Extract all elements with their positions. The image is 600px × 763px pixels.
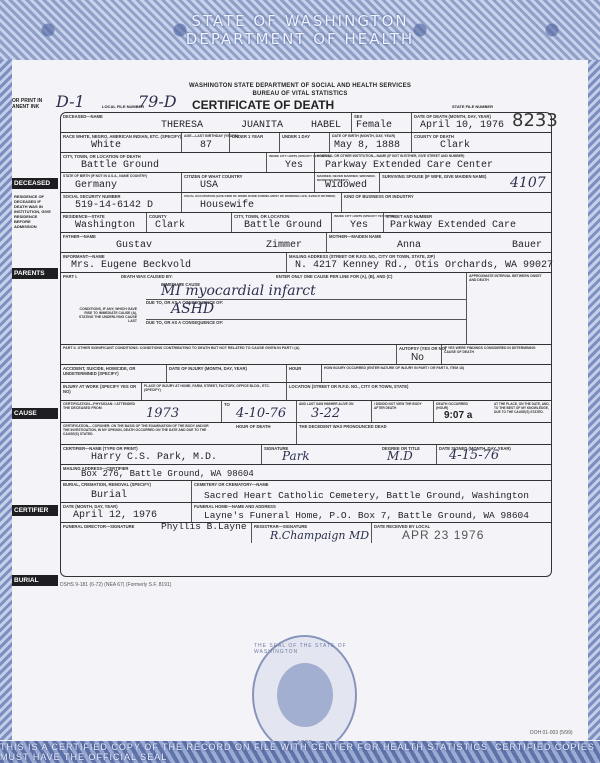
findings-label: IF YES WERE FINDINGS CONSIDERED IN DETER… [444, 346, 548, 354]
coroner-cell: CERTIFICATION— CORONER: ON THE BASIS OF … [61, 423, 296, 444]
cause-a: MI myocardial infarct [161, 283, 316, 299]
row-place-death: CITY, TOWN, OR LOCATION OF DEATH Battle … [61, 153, 551, 173]
margin-cause: CAUSE [12, 408, 58, 419]
place-cell: PLACE OF INJURY AT HOME, FARM, STREET, F… [141, 383, 286, 400]
last-name: HABEL [311, 120, 341, 131]
row-parents: FATHER—NAME Gustav Zimmer MOTHER—MAIDEN … [61, 233, 551, 253]
row-certifier-address: MAILING ADDRESS—CERTIFIER Box 276, Battl… [61, 465, 551, 481]
informant-label: INFORMANT—NAME [63, 254, 105, 259]
right-border [588, 60, 600, 740]
county-death-label: COUNTY OF DEATH [414, 134, 454, 139]
certifier-name-cell: CERTIFIER—NAME (TYPE OR PRINT) Harry C.S… [61, 445, 261, 464]
informant-cell: INFORMANT—NAME Mrs. Eugene Beckvold [61, 253, 286, 272]
how-cell: HOW INJURY OCCURRED (ENTER NATURE OF INJ… [321, 365, 553, 382]
state-seal: THE SEAL OF THE STATE OF WASHINGTON 1889 [252, 635, 357, 755]
sex-cell: SEX Female [351, 113, 411, 132]
dod-label: DATE OF DEATH (MONTH, DAY, YEAR) [414, 114, 491, 119]
at-work-label: INJURY AT WORK (SPECIFY YES OR NO) [63, 384, 138, 394]
res-inside-value: Yes [350, 220, 368, 231]
age-cell: AGE—LAST BIRTHDAY (YEARS) 87 [181, 133, 229, 152]
state-banner: STATE OF WASHINGTON DEPARTMENT OF HEALTH [0, 0, 600, 60]
pronounced-cell: THE DECEDENT WAS PRONOUNCED DEAD [296, 423, 553, 444]
mailing-cell: MAILING ADDRESS (STREET OR R.F.D. NO., C… [286, 253, 553, 272]
certifier-name-label: CERTIFIER—NAME (TYPE OR PRINT) [63, 446, 138, 451]
injury-date-label: DATE OF INJURY (MONTH, DAY, YEAR) [169, 366, 247, 371]
occurred-cell: DEATH OCCURRED (HOUR) 9:07 a AT THE PLAC… [433, 401, 553, 422]
father-cell: FATHER—NAME Gustav Zimmer [61, 233, 326, 252]
mailing-label: MAILING ADDRESS (STREET OR R.F.D. NO., C… [289, 254, 435, 259]
certified-copy-text: THIS IS A CERTIFIED COPY OF THE RECORD O… [0, 742, 600, 762]
race-cell: RACE WHITE, NEGRO, AMERICAN INDIAN, ETC.… [61, 133, 181, 152]
part2-cell: PART II. OTHER SIGNIFICANT CONDITIONS: C… [61, 345, 396, 364]
registrar-signature: R.Champaign MD [270, 529, 369, 542]
local-file-number: 79-D [138, 92, 177, 111]
citizen-value: USA [200, 180, 218, 191]
inside-limits-cell: INSIDE CITY LIMITS (SPECIFY YES OR NO) Y… [266, 153, 314, 172]
director-cell: FUNERAL DIRECTOR—SIGNATURE Phyllis B.Lay… [61, 523, 251, 543]
certifier-signature: Park [282, 449, 310, 463]
received-stamp: APR 23 1976 [402, 528, 484, 542]
res-street-cell: STREET AND NUMBER Parkway Extended Care [383, 213, 553, 232]
certifier-address-cell: MAILING ADDRESS—CERTIFIER Box 276, Battl… [61, 465, 553, 480]
injury-location-label: LOCATION (STREET OR R.F.D. NO., CITY OR … [289, 384, 408, 389]
residence-note: RESIDENCE OF DECEASED IF DEATH WAS IN IN… [14, 194, 54, 229]
row-coroner: CERTIFICATION— CORONER: ON THE BASIS OF … [61, 423, 551, 445]
res-street-label: STREET AND NUMBER [386, 214, 432, 219]
row-physician: CERTIFICATION—PHYSICIAN: I ATTENDED THE … [61, 401, 551, 423]
ssn-cell: SOCIAL SECURITY NUMBER 519-14-6142 D [61, 193, 181, 212]
cemetery-label: CEMETERY OR CREMATORY—NAME [194, 482, 269, 487]
occurred-value: 9:07 a [444, 410, 472, 421]
director-name: Phyllis B.Layne [161, 521, 247, 532]
dob-value: May 8, 1888 [334, 140, 400, 151]
citizen-cell: CITIZEN OF WHAT COUNTRY USA [181, 173, 314, 192]
name-label: DECEASED—NAME [63, 114, 103, 119]
interval-label: APPROXIMATE INTERVAL BETWEEN ONSET AND D… [469, 274, 549, 282]
dob-cell: DATE OF BIRTH (MONTH, DAY, YEAR) May 8, … [329, 133, 411, 152]
death-certificate-form: DECEASED—NAME THERESA JUANITA HABEL SEX … [60, 112, 552, 577]
degree-value: M.D [387, 449, 413, 463]
margin-deceased: DECEASED [12, 178, 58, 189]
form-code: DSHS 9-181 (6-72) (NEA 67) (Formerly S.F… [60, 582, 171, 588]
received-cell: DATE RECEIVED BY LOCAL APR 23 1976 [371, 523, 553, 543]
row-cause-part1: PART I. DEATH WAS CAUSED BY: ENTER ONLY … [61, 273, 551, 345]
title-row: OR PRINT IN ANENT INK D-1 LOCAL FILE NUM… [12, 98, 588, 112]
cemetery-value: Sacred Heart Catholic Cemetery, Battle G… [204, 490, 529, 501]
city-death-cell: CITY, TOWN, OR LOCATION OF DEATH Battle … [61, 153, 266, 172]
place-label: PLACE OF INJURY AT HOME, FARM, STREET, F… [144, 384, 284, 392]
banner-line-2: DEPARTMENT OF HEALTH [186, 30, 414, 48]
part1-label: PART I. [63, 274, 78, 279]
dod-cell: DATE OF DEATH (MONTH, DAY, YEAR) April 1… [411, 113, 553, 132]
hospital-cell: HOSPITAL OR OTHER INSTITUTION—NAME (IF N… [314, 153, 553, 172]
age-value: 87 [200, 140, 212, 151]
funeral-home-label: FUNERAL HOME—NAME AND ADDRESS [194, 504, 276, 509]
part2-label: PART II. OTHER SIGNIFICANT CONDITIONS: C… [63, 346, 299, 350]
row-certifier-name: CERTIFIER—NAME (TYPE OR PRINT) Harry C.S… [61, 445, 551, 465]
ssn-value: 519-14-6142 D [75, 200, 153, 211]
burial-date: April 12, 1976 [73, 510, 157, 521]
father-last: Zimmer [266, 240, 302, 251]
bureau-name: BUREAU OF VITAL STATISTICS [12, 90, 588, 98]
last-seen-cell: AND LAST SAW HIM/HER ALIVE ON 3-22 [296, 401, 371, 422]
res-state-value: Washington [75, 220, 135, 231]
physician-from-cell: CERTIFICATION—PHYSICIAN: I ATTENDED THE … [61, 401, 221, 422]
row-race: RACE WHITE, NEGRO, AMERICAN INDIAN, ETC.… [61, 133, 551, 153]
knowledge-label: AT THE PLACE, ON THE DATE, AND, TO THE B… [494, 402, 552, 414]
washington-portrait-icon [277, 663, 333, 727]
dob-label: DATE OF BIRTH (MONTH, DAY, YEAR) [332, 134, 395, 138]
date-signed-cell: DATE SIGNED (MONTH, DAY, YEAR) 4-15-76 [436, 445, 553, 464]
row-ssn: SOCIAL SECURITY NUMBER 519-14-6142 D USU… [61, 193, 551, 213]
business-cell: KIND OF BUSINESS OR INDUSTRY [341, 193, 553, 212]
citizen-label: CITIZEN OF WHAT COUNTRY [184, 174, 242, 179]
certified-copy-band: THIS IS A CERTIFIED COPY OF THE RECORD O… [0, 741, 600, 763]
interval-cell: APPROXIMATE INTERVAL BETWEEN ONSET AND D… [466, 273, 553, 344]
res-city-label: CITY, TOWN, OR LOCATION [234, 214, 289, 219]
spouse-label: SURVIVING SPOUSE (IF WIFE, GIVE MAIDEN N… [382, 174, 486, 179]
autopsy-label: AUTOPSY (YES OR NO) [399, 346, 446, 351]
left-border [0, 60, 12, 740]
registrar-cell: REGISTRAR—SIGNATURE R.Champaign MD [251, 523, 371, 543]
business-label: KIND OF BUSINESS OR INDUSTRY [344, 194, 414, 199]
coroner-label: CERTIFICATION— CORONER: ON THE BASIS OF … [63, 424, 213, 436]
physician-to-cell: TO 4-10-76 [221, 401, 296, 422]
burial-method: Burial [91, 490, 127, 501]
signature-cell: SIGNATURE Park DEGREE OR TITLE M.D [261, 445, 436, 464]
father-label: FATHER—NAME [63, 234, 96, 239]
row-burial: BURIAL, CREMATION, REMOVAL (SPECIFY) Bur… [61, 481, 551, 503]
res-state-label: RESIDENCE—STATE [63, 214, 105, 219]
race-label: RACE WHITE, NEGRO, AMERICAN INDIAN, ETC.… [63, 134, 181, 139]
row-name: DECEASED—NAME THERESA JUANITA HABEL SEX … [61, 113, 551, 133]
under1day-label: UNDER 1 DAY [282, 134, 310, 139]
pronounced-label: THE DECEDENT WAS PRONOUNCED DEAD [299, 424, 387, 429]
under1-cell: UNDER 1 YEAR [229, 133, 279, 152]
injury-date-cell: DATE OF INJURY (MONTH, DAY, YEAR) [166, 365, 286, 382]
autopsy-cell: AUTOPSY (YES OR NO) No [396, 345, 441, 364]
row-funeral-home: DATE (MONTH, DAY, YEAR) April 12, 1976 F… [61, 503, 551, 523]
res-city-cell: CITY, TOWN, OR LOCATION Battle Ground [231, 213, 331, 232]
burial-date-cell: DATE (MONTH, DAY, YEAR) April 12, 1976 [61, 503, 191, 522]
cause-cell: PART I. DEATH WAS CAUSED BY: ENTER ONLY … [61, 273, 466, 344]
doc-code: DOH 01-003 (5/99) [530, 730, 573, 736]
under1-label: UNDER 1 YEAR [232, 134, 263, 139]
ssn-label: SOCIAL SECURITY NUMBER [63, 194, 121, 199]
row-residence: RESIDENCE—STATE Washington COUNTY Clark … [61, 213, 551, 233]
dod-value: April 10, 1976 [420, 120, 504, 131]
accident-cell: ACCIDENT, SUICIDE, HOMICIDE, OR UNDETERM… [61, 365, 166, 382]
injury-hour-label: HOUR [289, 366, 301, 371]
director-label: FUNERAL DIRECTOR—SIGNATURE [63, 524, 134, 529]
margin-parents: PARENTS [12, 268, 58, 279]
occurred-label: DEATH OCCURRED (HOUR) [436, 402, 476, 410]
birthplace-cell: STATE OF BIRTH (IF NOT IN U.S.A., NAME C… [61, 173, 181, 192]
father-first: Gustav [116, 240, 152, 251]
ink-label: OR PRINT IN ANENT INK [12, 98, 52, 110]
county-death-value: Clark [440, 140, 470, 151]
marital-cell: MARRIED, NEVER MARRIED, WIDOWED, DIVORCE… [314, 173, 379, 192]
seal-text: THE SEAL OF THE STATE OF WASHINGTON [254, 643, 355, 655]
date-signed-value: 4-15-76 [449, 448, 499, 463]
res-county-value: Clark [155, 220, 185, 231]
city-death-value: Battle Ground [81, 160, 159, 171]
row-informant: INFORMANT—NAME Mrs. Eugene Beckvold MAIL… [61, 253, 551, 273]
mailing-value: N. 4217 Kenney Rd., Otis Orchards, WA 99… [295, 260, 553, 271]
header-agency: WASHINGTON STATE DEPARTMENT OF SOCIAL AN… [12, 82, 588, 98]
funeral-home-value: Layne's Funeral Home, P.O. Box 7, Battle… [204, 510, 529, 521]
hospital-value: Parkway Extended Care Center [325, 160, 493, 171]
res-county-label: COUNTY [149, 214, 167, 219]
hospital-label: HOSPITAL OR OTHER INSTITUTION—NAME (IF N… [317, 154, 464, 158]
at-work-cell: INJURY AT WORK (SPECIFY YES OR NO) [61, 383, 141, 400]
inside-limits-value: Yes [285, 160, 303, 171]
informant-value: Mrs. Eugene Beckvold [71, 260, 191, 271]
name-cell: DECEASED—NAME THERESA JUANITA HABEL [61, 113, 351, 132]
findings-cell: IF YES WERE FINDINGS CONSIDERED IN DETER… [441, 345, 553, 364]
row-injury-work: INJURY AT WORK (SPECIFY YES OR NO) PLACE… [61, 383, 551, 401]
res-city-value: Battle Ground [244, 220, 322, 231]
first-name: THERESA [161, 120, 203, 131]
mother-last: Bauer [512, 240, 542, 251]
attended-to: 4-10-76 [236, 406, 286, 421]
certifier-address: Box 276, Battle Ground, WA 98604 [81, 469, 254, 479]
mother-first: Anna [397, 240, 421, 251]
mother-label: MOTHER—MAIDEN NAME [329, 234, 381, 239]
cause-b: ASHD [171, 301, 214, 317]
sex-value: Female [356, 120, 392, 131]
burial-date-label: DATE (MONTH, DAY, YEAR) [63, 504, 118, 509]
under1day-cell: UNDER 1 DAY [279, 133, 329, 152]
state-file-label: STATE FILE NUMBER [452, 104, 493, 109]
spouse-cell: SURVIVING SPOUSE (IF WIFE, GIVE MAIDEN N… [379, 173, 553, 192]
middle-name: JUANITA [241, 120, 283, 131]
accident-label: ACCIDENT, SUICIDE, HOMICIDE, OR UNDETERM… [63, 366, 163, 376]
viewed-label: I DID/DID NOT VIEW THE BODY AFTER DEATH [374, 402, 432, 410]
occupation-label: USUAL OCCUPATION (GIVE KIND OF WORK DONE… [184, 194, 335, 198]
row-part2: PART II. OTHER SIGNIFICANT CONDITIONS: C… [61, 345, 551, 365]
row-accident: ACCIDENT, SUICIDE, HOMICIDE, OR UNDETERM… [61, 365, 551, 383]
district-number: D-1 [56, 92, 85, 111]
certifier-name: Harry C.S. Park, M.D. [91, 452, 217, 463]
row-director: FUNERAL DIRECTOR—SIGNATURE Phyllis B.Lay… [61, 523, 551, 543]
birthplace-value: Germany [75, 180, 117, 191]
occupation-cell: USUAL OCCUPATION (GIVE KIND OF WORK DONE… [181, 193, 341, 212]
how-label: HOW INJURY OCCURRED (ENTER NATURE OF INJ… [324, 366, 464, 370]
res-county-cell: COUNTY Clark [146, 213, 231, 232]
margin-certifier: CERTIFIER [12, 505, 58, 516]
injury-hour-cell: HOUR [286, 365, 321, 382]
res-street-value: Parkway Extended Care [390, 220, 516, 231]
mother-cell: MOTHER—MAIDEN NAME Anna Bauer [326, 233, 553, 252]
hour-death-label: HOUR OF DEATH [236, 424, 271, 429]
agency-name: WASHINGTON STATE DEPARTMENT OF SOCIAL AN… [12, 82, 588, 90]
spouse-note: 4107 [510, 175, 546, 191]
marital-value: Widowed [325, 180, 367, 191]
cemetery-cell: CEMETERY OR CREMATORY—NAME Sacred Heart … [191, 481, 553, 502]
autopsy-value: No [411, 352, 424, 363]
conditions-label: CONDITIONS, IF ANY, WHICH GAVE RISE TO I… [75, 307, 137, 323]
viewed-cell: I DID/DID NOT VIEW THE BODY AFTER DEATH [371, 401, 433, 422]
sex-label: SEX [354, 114, 362, 119]
race-value: White [91, 140, 121, 151]
certificate-title: CERTIFICATE OF DEATH [192, 98, 334, 112]
burial-method-label: BURIAL, CREMATION, REMOVAL (SPECIFY) [63, 482, 151, 487]
due-to-b-label: DUE TO, OR AS A CONSEQUENCE OF: [146, 320, 223, 325]
city-death-label: CITY, TOWN, OR LOCATION OF DEATH [63, 154, 141, 159]
row-birth: STATE OF BIRTH (IF NOT IN U.S.A., NAME C… [61, 173, 551, 193]
occupation-value: Housewife [200, 200, 254, 211]
caused-by-label: DEATH WAS CAUSED BY: [121, 274, 173, 279]
res-state-cell: RESIDENCE—STATE Washington [61, 213, 146, 232]
physician-label: CERTIFICATION—PHYSICIAN: I ATTENDED THE … [63, 402, 138, 410]
last-seen-value: 3-22 [311, 406, 340, 421]
funeral-home-cell: FUNERAL HOME—NAME AND ADDRESS Layne's Fu… [191, 503, 553, 522]
certificate-paper: WASHINGTON STATE DEPARTMENT OF SOCIAL AN… [12, 60, 588, 741]
birthplace-label: STATE OF BIRTH (IF NOT IN U.S.A., NAME C… [63, 174, 147, 178]
margin-burial: BURIAL [12, 575, 58, 586]
enter-only-label: ENTER ONLY ONE CAUSE PER LINE FOR (a), (… [276, 274, 392, 279]
burial-method-cell: BURIAL, CREMATION, REMOVAL (SPECIFY) Bur… [61, 481, 191, 502]
county-death-cell: COUNTY OF DEATH Clark [411, 133, 553, 152]
attended-from: 1973 [146, 406, 179, 421]
to-label: TO [224, 402, 230, 407]
banner-line-1: STATE OF WASHINGTON [191, 12, 408, 30]
res-inside-cell: INSIDE CITY LIMITS (SPECIFY YES OR NO) Y… [331, 213, 383, 232]
injury-location-cell: LOCATION (STREET OR R.F.D. NO., CITY OR … [286, 383, 553, 400]
